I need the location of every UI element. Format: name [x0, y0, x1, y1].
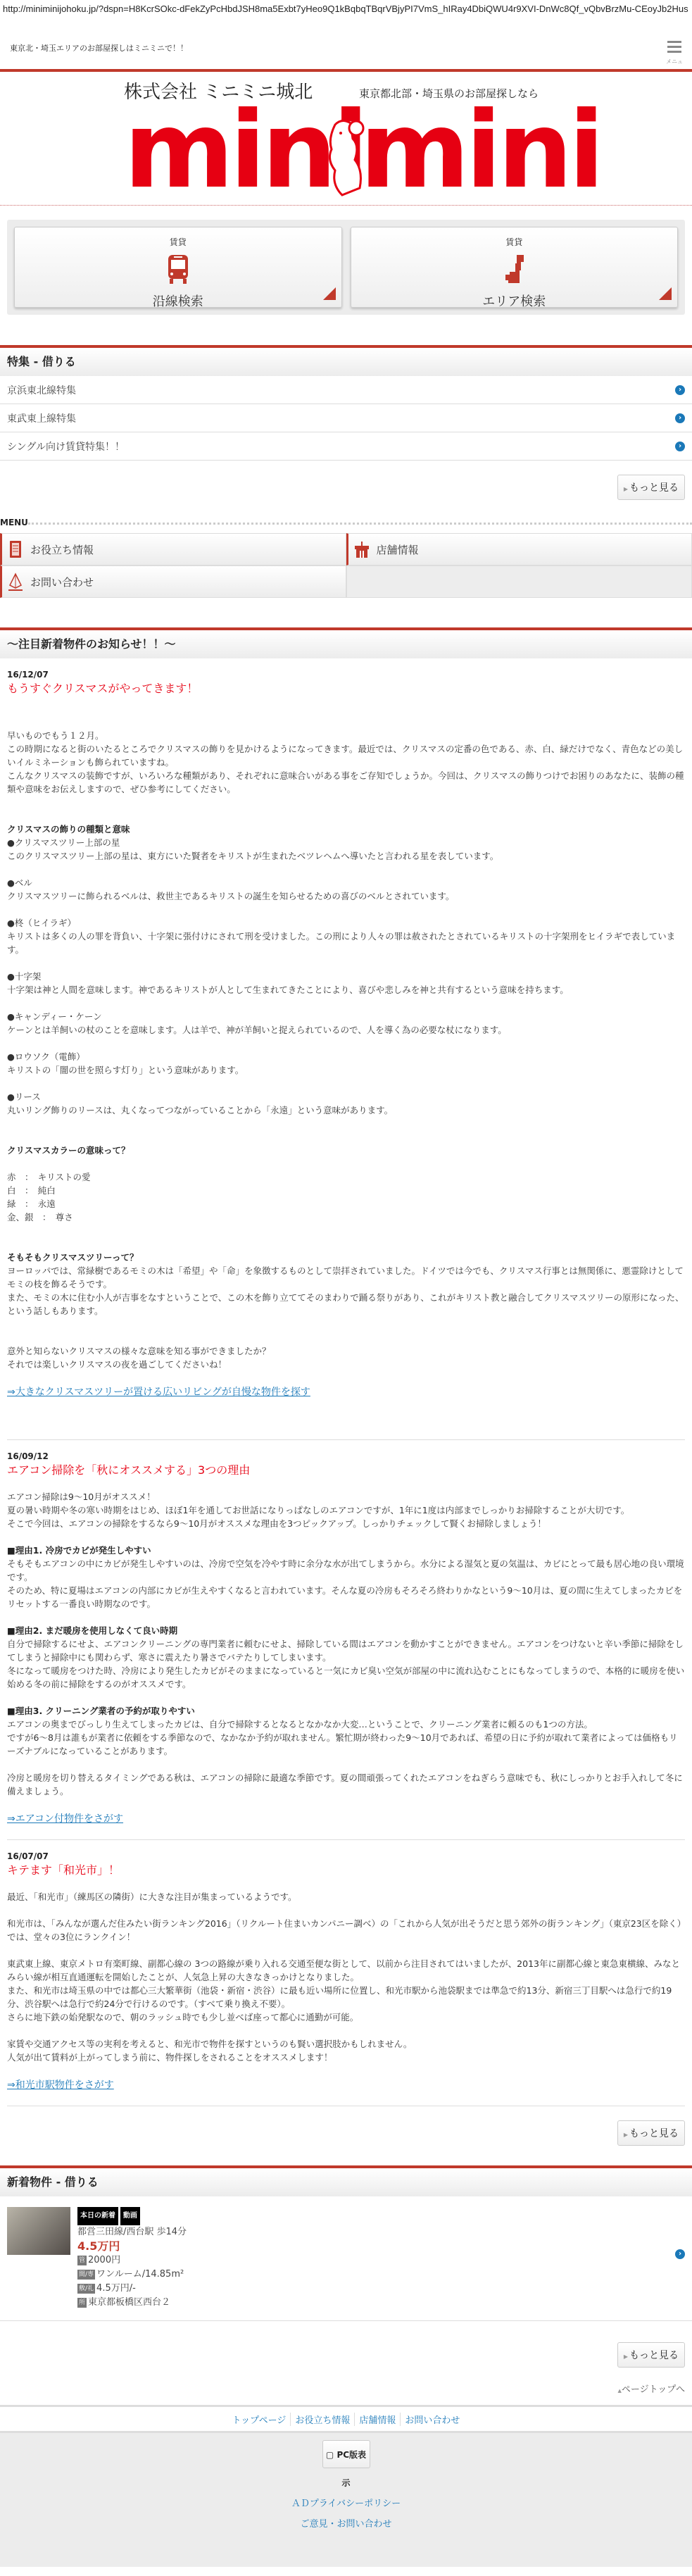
- address-icon: 所: [77, 2298, 87, 2308]
- site-logo[interactable]: mini mini: [124, 111, 567, 202]
- news-text: ●ロウソク（電飾）: [7, 1050, 685, 1063]
- layout-icon: 間/専: [77, 2270, 95, 2280]
- feature-item[interactable]: シングル向け賃貸特集！！ ›: [0, 432, 692, 461]
- menu-label: お問い合わせ: [30, 575, 94, 589]
- menu-item-shop-info[interactable]: 店舗情報: [346, 533, 692, 565]
- menu-label: 店舗情報: [377, 542, 419, 557]
- news-text: 自分で掃除するにせよ、エアコンクリーニングの専門業者に頼むにせよ、掃除している間…: [7, 1637, 685, 1664]
- pc-view-button[interactable]: ▢ PC版表示: [322, 2440, 370, 2468]
- news-subheading: ■理由3. クリーニング業者の予約が取りやすい: [7, 1704, 685, 1718]
- news-date: 16/07/07: [7, 1851, 685, 1861]
- news-text: 家賃や交通アクセス等の実利を考えると、和光市で物件を探すというのも賢い選択肢かも…: [7, 2037, 685, 2051]
- category-label: 賃貸: [351, 236, 678, 248]
- news-link[interactable]: ⇒エアコン付物件をさがす: [7, 1813, 123, 1825]
- new-properties-heading: 新着物件 - 借りる: [0, 2165, 692, 2196]
- news-text: 緑 ： 永遠: [7, 1197, 685, 1211]
- property-management: 管2000円: [77, 2253, 187, 2268]
- news-link[interactable]: ⇒大きなクリスマスツリーが置ける広いリビングが自慢な物件を探す: [7, 1387, 310, 1398]
- footer-link-contact[interactable]: お問い合わせ: [401, 2413, 464, 2426]
- badges: 本日の新着動画: [77, 2207, 187, 2225]
- news-text: また、和光市は埼玉県の中では都心三大繁華街（池袋・新宿・渋谷）に最も近い場所に位…: [7, 1984, 685, 2011]
- property-item[interactable]: 本日の新着動画 都営三田線/西台駅 歩14分 4.5万円 管2000円 間/専ワ…: [0, 2196, 692, 2321]
- badge-video: 動画: [120, 2207, 140, 2225]
- menu-heading: MENU: [0, 518, 692, 529]
- triangle-right-icon: ▶: [624, 2132, 628, 2138]
- footer-nav: トップページ お役立ち情報 店舗情報 お問い合わせ: [0, 2405, 692, 2433]
- features-more: ▶もっと見る: [0, 461, 692, 506]
- news-list: 16/12/07 もうすぐクリスマスがやってきます！ 早いものでもう１２月。 こ…: [0, 658, 692, 2106]
- management-icon: 管: [77, 2256, 87, 2265]
- news-text: こんなクリスマスの装飾ですが、いろいろな種類があり、それぞれに意味合いがある事を…: [7, 769, 685, 796]
- menu-item-useful-info[interactable]: お役立ち情報: [0, 533, 346, 565]
- hamburger-icon: [667, 41, 681, 53]
- news-subheading: ■理由1. 冷房でカビが発生しやすい: [7, 1544, 685, 1557]
- menu-label: お役立ち情報: [30, 542, 94, 557]
- page-top-link[interactable]: ▲ページトップへ: [0, 2366, 692, 2405]
- chevron-right-icon: ›: [675, 442, 685, 451]
- news-text: このクリスマスツリー上部の星は、東方にいた賢者をキリストが生まれたベツレヘムへ導…: [7, 849, 685, 863]
- property-address: 所東京都板橋区西台２: [77, 2296, 187, 2310]
- news-text: ●ベル: [7, 876, 685, 889]
- monitor-icon: ▢: [326, 2450, 334, 2460]
- news-text: ●キャンディー・ケーン: [7, 1010, 685, 1023]
- triangle-right-icon: ▶: [624, 486, 628, 492]
- news-text: それでは楽しいクリスマスの夜を過ごしてくださいね！: [7, 1358, 685, 1371]
- footer-link-top[interactable]: トップページ: [228, 2413, 291, 2426]
- property-price: 4.5万円: [77, 2239, 187, 2253]
- news-text: 夏の暑い時期や冬の寒い時期をはじめ、ほぼ1年を通してお世話になりっぱなしのエアコ…: [7, 1503, 685, 1517]
- news-text: 和光市は、「みんなが選んだ住みたい街ランキング2016」（リクルート住まいカンパ…: [7, 1917, 685, 1944]
- more-button[interactable]: ▶もっと見る: [617, 475, 685, 500]
- news-text: 丸いリング飾りのリースは、丸くなってつながっていることから「永遠」という意味があ…: [7, 1103, 685, 1117]
- feedback-link[interactable]: ご意見・お問い合わせ: [0, 2516, 692, 2530]
- footer-link-useful-info[interactable]: お役立ち情報: [291, 2413, 355, 2426]
- news-text: 白 ： 純白: [7, 1184, 685, 1197]
- footer: ▢ PC版表示 ＡＤプライバシーポリシー ご意見・お問い合わせ: [0, 2433, 692, 2567]
- news-text: ヨーロッパでは、常緑樹であるモミの木は「希望」や「命」を象徴するものとして崇拝さ…: [7, 1264, 685, 1291]
- news-text: 十字架は神と人間を意味します。神であるキリストが人として生まれてきたことにより、…: [7, 983, 685, 996]
- deposit-icon: 敷/礼: [77, 2284, 95, 2294]
- news-link[interactable]: ⇒和光市駅物件をさがす: [7, 2080, 114, 2091]
- news-subheading: クリスマスの飾りの種類と意味: [7, 823, 685, 836]
- feature-label: 京浜東北線特集: [7, 383, 76, 397]
- area-search-button[interactable]: 賃貸 エリア検索: [351, 227, 679, 308]
- feature-item[interactable]: 京浜東北線特集 ›: [0, 376, 692, 404]
- more-label: もっと見る: [629, 482, 679, 494]
- badge-new: 本日の新着: [77, 2207, 118, 2225]
- news-text: 早いものでもう１２月。: [7, 729, 685, 742]
- chevron-right-icon: ›: [675, 385, 685, 395]
- news-text: 人気が出て賃料が上がってしまう前に、物件探しをされることをオススメします！: [7, 2051, 685, 2064]
- news-text: 冷房と暖房を切り替えるタイミングである秋は、エアコンの掃除に最適な季節です。夏の…: [7, 1771, 685, 1798]
- news-title: もうすぐクリスマスがやってきます！: [7, 680, 685, 696]
- news-text: エアコン掃除は9～10月がオススメ！: [7, 1490, 685, 1503]
- props-more: ▶もっと見る: [0, 2321, 692, 2366]
- news-text: キリストは多くの人の罪を背負い、十字架に張付けにされて刑を受けました。この刑によ…: [7, 930, 685, 956]
- news-text: 赤 ： キリストの愛: [7, 1170, 685, 1184]
- corner-arrow-icon: [323, 287, 336, 300]
- news-title: キテます「和光市」！: [7, 1861, 685, 1877]
- news-subheading: ■理由2. まだ暖房を使用しなくて良い時期: [7, 1624, 685, 1637]
- news-more: ▶もっと見る: [0, 2106, 692, 2151]
- property-deposit: 敷/礼4.5万円/-: [77, 2282, 187, 2296]
- site-header: 株式会社 ミニミニ城北 東京都北部・埼玉県のお部屋探しなら mini mini: [0, 72, 692, 206]
- paper-plane-icon: [8, 573, 23, 591]
- feature-label: 東武東上線特集: [7, 411, 76, 425]
- news-text: そもそもエアコンの中にカビが発生しやすいのは、冷房で空気を冷やす時に余分な水が出…: [7, 1557, 685, 1584]
- features-list: 京浜東北線特集 › 東武東上線特集 › シングル向け賃貸特集！！ ›: [0, 376, 692, 461]
- corner-arrow-icon: [659, 287, 672, 300]
- chevron-right-icon: ›: [675, 413, 685, 423]
- news-text: 金、銀 ： 尊さ: [7, 1211, 685, 1224]
- news-heading: ～注目新着物件のお知らせ！！～: [0, 627, 692, 658]
- search-panel: 賃貸 沿線検索 賃貸 エリア検索: [7, 220, 685, 315]
- news-text: ケーンとは羊飼いの杖のことを意味します。人は羊で、神が羊飼いと捉えられているので…: [7, 1023, 685, 1037]
- news-subheading: そもそもクリスマスツリーって？: [7, 1251, 685, 1264]
- news-text: 冬になって暖房をつけた時、冷房により発生したカビがそのままになっていると一気にカ…: [7, 1664, 685, 1691]
- news-item: 16/07/07 キテます「和光市」！ 最近、「和光市」（練馬区の隣街）に大きな…: [7, 1840, 685, 2106]
- category-label: 賃貸: [15, 236, 341, 248]
- news-text: クリスマスツリーに飾られるベルは、救世主であるキリストの誕生を知らせるための喜び…: [7, 889, 685, 903]
- tagline: 東京北・埼玉エリアのお部屋探しはミニミニで！！: [10, 42, 188, 54]
- triangle-right-icon: ▶: [624, 2353, 628, 2360]
- news-text: ●リース: [7, 1090, 685, 1103]
- privacy-policy-link[interactable]: ＡＤプライバシーポリシー: [0, 2496, 692, 2509]
- logo-text-right: mini: [360, 105, 600, 196]
- document-icon: [8, 540, 23, 558]
- news-item: 16/09/12 エアコン掃除を「秋にオススメする」3つの理由 エアコン掃除は9…: [7, 1440, 685, 1840]
- news-text: キリストの「闇の世を照らす灯り」という意味があります。: [7, 1063, 685, 1077]
- line-search-label: 沿線検索: [15, 292, 341, 310]
- news-text: そのため、特に夏場はエアコンの内部にカビが生えやすくなると言われています。そんな…: [7, 1584, 685, 1611]
- news-text: さらに地下鉄の始発駅なので、朝のラッシュ時でも少し並べば座って都心に通勤が可能。: [7, 2011, 685, 2024]
- menu-item-empty: [346, 565, 692, 598]
- news-date: 16/12/07: [7, 670, 685, 680]
- news-text: ●クリスマスツリー上部の星: [7, 836, 685, 849]
- news-item: 16/12/07 もうすぐクリスマスがやってきます！ 早いものでもう１２月。 こ…: [7, 658, 685, 1440]
- news-text: 東武東上線、東京メトロ有楽町線、副都心線の 3つの路線が乗り入れる交通至便な街と…: [7, 1957, 685, 1984]
- news-title: エアコン掃除を「秋にオススメする」3つの理由: [7, 1461, 685, 1477]
- area-search-label: エリア検索: [351, 292, 678, 310]
- news-text: エアコンの奥までびっしり生えてしまったカビは、自分で掃除するとなるとなかなか大変…: [7, 1718, 685, 1731]
- chevron-right-icon: ›: [675, 2249, 685, 2259]
- line-search-button[interactable]: 賃貸 沿線検索: [14, 227, 342, 308]
- more-label: もっと見る: [629, 2128, 679, 2139]
- top-bar: 東京北・埼玉エリアのお部屋探しはミニミニで！！ メニュー: [0, 41, 692, 69]
- news-text: この時期になると街のいたるところでクリスマスの飾りを見かけるようになってきます。…: [7, 742, 685, 769]
- feature-label: シングル向け賃貸特集！！: [7, 439, 125, 454]
- news-text: ですが6～8月は誰もが業者に依頼をする季節なので、なかなか予約が取れません。繁忙…: [7, 1731, 685, 1758]
- features-heading: 特集 - 借りる: [0, 345, 692, 376]
- news-text: ●十字架: [7, 970, 685, 983]
- property-photo: [7, 2207, 70, 2255]
- news-subheading: クリスマスカラーの意味って？: [7, 1144, 685, 1157]
- shop-icon: [354, 540, 370, 558]
- property-access: 都営三田線/西台駅 歩14分: [77, 2225, 187, 2239]
- menu-title: MENU: [0, 518, 28, 527]
- property-layout: 間/専ワンルーム/14.85m²: [77, 2268, 187, 2282]
- url-text: http://miniminijohoku.jp/?dspn=H8KcrSOkc…: [0, 0, 692, 41]
- more-label: もっと見る: [629, 2350, 679, 2361]
- menu-grid: お役立ち情報 店舗情報 お問い合わせ: [0, 533, 692, 598]
- more-button[interactable]: ▶もっと見る: [617, 2120, 685, 2146]
- news-text: ●柊（ヒイラギ）: [7, 916, 685, 930]
- news-text: 意外と知らないクリスマスの様々な意味を知る事ができましたか？: [7, 1344, 685, 1358]
- footer-link-shop-info[interactable]: 店舗情報: [355, 2413, 401, 2426]
- menu-item-contact[interactable]: お問い合わせ: [0, 565, 346, 598]
- news-text: また、モミの木に住む小人が吉事をなすということで、この木を飾り立ててそのまわりで…: [7, 1291, 685, 1318]
- more-button[interactable]: ▶もっと見る: [617, 2342, 685, 2368]
- news-date: 16/09/12: [7, 1451, 685, 1461]
- news-text: 最近、「和光市」（練馬区の隣街）に大きな注目が集まっているようです。: [7, 1890, 685, 1903]
- news-text: そこで今回は、エアコンの掃除をするなら9～10月がオススメな理由を3つピックアッ…: [7, 1517, 685, 1530]
- japan-map-icon: [500, 254, 528, 285]
- feature-item[interactable]: 東武東上線特集 ›: [0, 404, 692, 432]
- property-info: 本日の新着動画 都営三田線/西台駅 歩14分 4.5万円 管2000円 間/専ワ…: [77, 2207, 187, 2310]
- train-icon: [164, 254, 192, 285]
